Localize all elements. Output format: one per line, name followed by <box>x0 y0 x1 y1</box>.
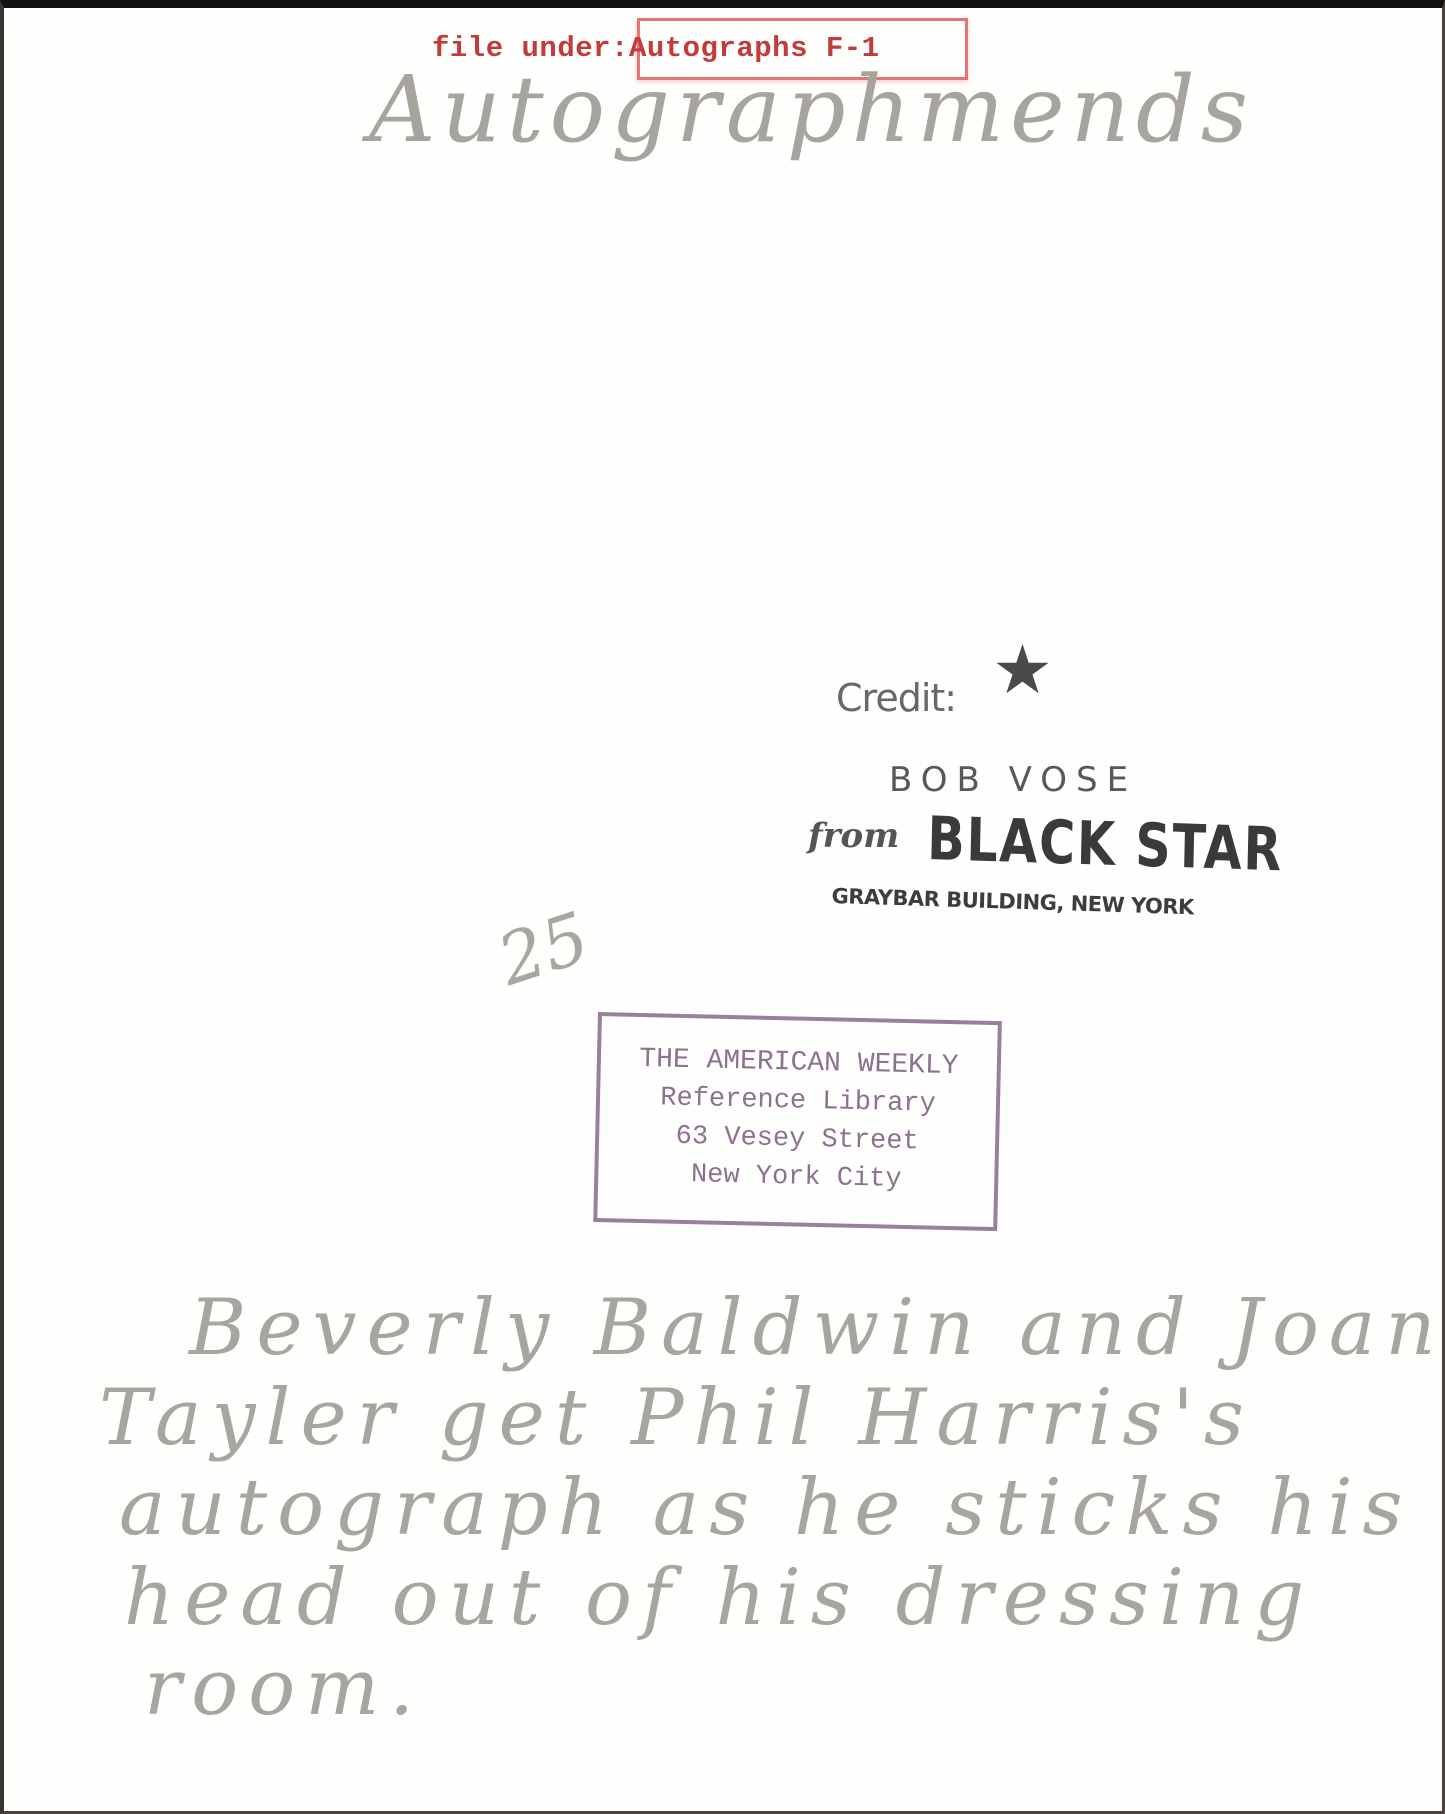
caption-line: Tayler get Phil Harris's <box>99 1373 1419 1463</box>
photo-back: file under:Autographs F-1 Autographmends… <box>0 0 1445 1814</box>
agency-address: GRAYBAR BUILDING, NEW YORK <box>831 884 1194 919</box>
credit-from: from <box>808 816 899 856</box>
handwritten-number: 25 <box>489 896 599 1002</box>
caption-line: head out of his dressing <box>99 1553 1419 1643</box>
caption-line: Beverly Baldwin and Joan <box>99 1283 1419 1373</box>
caption-line: room. <box>99 1643 1419 1733</box>
library-stamp: THE AMERICAN WEEKLY Reference Library 63… <box>593 1012 1002 1231</box>
photographer-name: BOB VOSE <box>889 760 1137 800</box>
handwritten-caption: Beverly Baldwin and Joan Tayler get Phil… <box>99 1283 1419 1733</box>
agency-name: BLACK STAR <box>926 804 1283 885</box>
library-stamp-line: New York City <box>598 1154 995 1201</box>
handwritten-heading: Autographmends <box>369 56 1254 163</box>
caption-line: autograph as he sticks his <box>99 1463 1419 1553</box>
star-icon: ★ <box>992 636 1053 704</box>
credit-label: Credit: <box>836 676 956 720</box>
